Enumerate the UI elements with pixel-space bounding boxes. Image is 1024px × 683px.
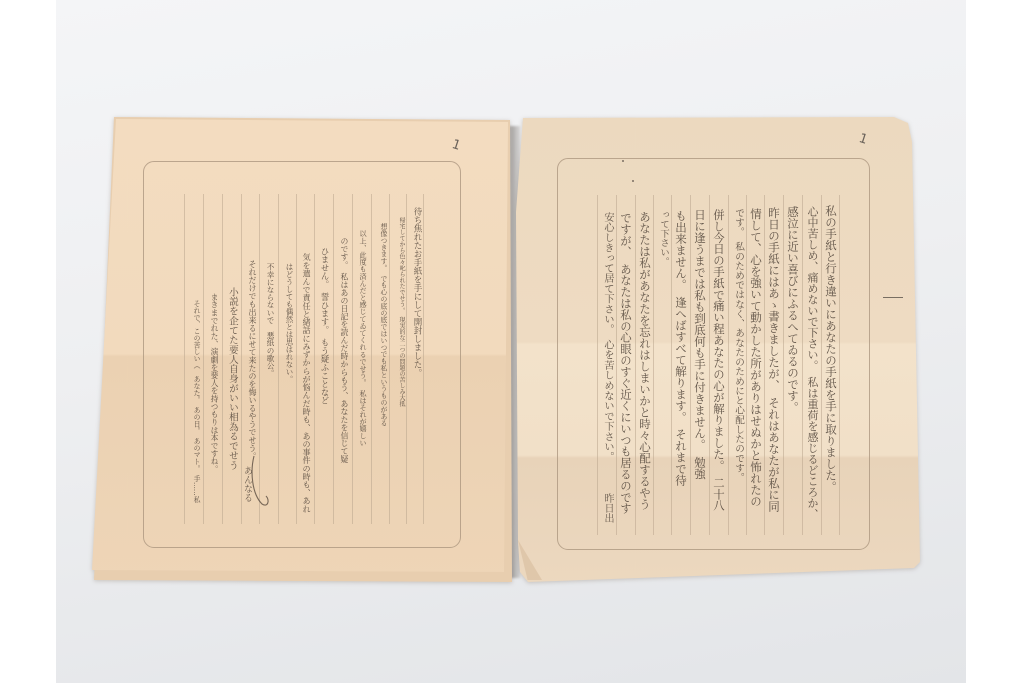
letter-line: 不幸にならないで 悪紙の歌公。 [262, 263, 274, 377]
ruled-line [222, 194, 223, 524]
letter-line: ひません。 誓ひます。 もう疑ふことなど [317, 247, 329, 413]
ruled-line [690, 195, 691, 535]
letter-line: 待ち焦れたお手紙を手にして開封しました。 [409, 207, 421, 377]
ruled-line [371, 194, 372, 524]
ruled-line [616, 195, 617, 535]
ruled-line [671, 195, 672, 535]
ruled-line [728, 195, 729, 535]
ruled-line [406, 194, 407, 524]
letter-line: 昨日の手紙にはあゝ書きましたが、 それはあなたが私に同 [767, 207, 779, 525]
letter-line: それで、この苦しい（ あなた。 あの日。 あのマト。 手……私 [187, 300, 199, 513]
ruled-line [184, 194, 185, 524]
fold-mark [883, 297, 903, 298]
ruled-line [597, 195, 598, 535]
left-letter: 1 待ち焦れたお手紙を手にして開封しました。 帰宅してから色々叱られたでせう。 … [88, 114, 514, 584]
letter-line: 感泣に近い喜びにふるへてゐるのです。 [786, 206, 798, 420]
letter-line: 私の手紙と行き違いにあなたの手紙を手に取りました。 [824, 205, 836, 495]
letter-line: 併し今日の手紙で痛い程あなたの心が解りました。 二十八 [712, 209, 724, 517]
ruled-line [352, 194, 353, 524]
right-letter: 1 私の手紙と行き違いにあなたの手紙を手に取りました。 心中苦しめ、痛めないで下… [514, 112, 926, 586]
photo-frame: 1 待ち焦れたお手紙を手にして開封しました。 帰宅してから色々叱られたでせう。 … [0, 0, 1024, 683]
folded-corner [518, 540, 542, 580]
letter-line: はどうしても偶然とは思はれない。 [281, 263, 293, 383]
ruled-line [296, 194, 297, 524]
ruled-line [389, 194, 390, 524]
letter-line: それだけでも出来るにせて来たのを悔いるやうでせう。 [244, 260, 256, 460]
letter-line: 帰宅してから色々叱られたでせう。 現実的な二つの問題の苦しみ大抵 [392, 217, 404, 410]
letter-line: ですが、 あなたは私の心眼のすぐ近くにいつも居るのです [619, 212, 631, 520]
ruled-line [764, 195, 765, 535]
letter-line: 小説を企てた要人自身がいい相為るでせう [225, 287, 237, 470]
letter-line: 安心しきって居て下さい。 心を苦しめないで下さい。 [600, 212, 612, 467]
left-letter-page: 1 待ち焦れたお手紙を手にして開封しました。 帰宅してから色々叱られたでせう。 … [88, 114, 514, 584]
signature-flourish-icon [248, 452, 272, 512]
letter-line: 気を遣んで責任と緒話にみずからが悩んだ時も、あの事件の時も、あれ [299, 253, 311, 513]
ruled-line [278, 194, 279, 524]
ruled-line [839, 195, 840, 535]
page-number-mark: 1 [450, 137, 463, 154]
ruled-line [314, 194, 315, 524]
letter-line: です。 私のためではなく、あなたのためにと心配したのです。 [731, 208, 743, 487]
letter-line: 情して、心を強いて動かした所がありはせぬかと怖れたの [749, 208, 761, 522]
letter-line: まきまでれた、演劇を要人を持つもりは本ですね。 [206, 293, 218, 473]
ruled-line [423, 194, 424, 524]
ink-spot [622, 160, 624, 162]
letter-line: あなたは私があなたを忘れはしまいかと時々心配するやう [638, 211, 650, 513]
signature: 昨日出 [600, 493, 612, 525]
letter-line: も出来ません。 逢へばすべて解ります。 それまで待 [674, 210, 686, 517]
ruled-line [821, 195, 822, 535]
ruled-line [709, 195, 710, 535]
right-letter-page: 1 私の手紙と行き違いにあなたの手紙を手に取りました。 心中苦しめ、痛めないで下… [514, 112, 926, 586]
letter-line: 以上、此度も済んだと感じてゐてくれるでせう。 私はそれが嬉しい [355, 230, 367, 450]
letter-line: 想像つきます。 でも心の底の底ではいつでも私というものがある [374, 223, 386, 430]
letter-line: 心中苦しめ、痛めないで下さい。 私は重荷を感じるどころか、 [806, 206, 818, 525]
ruled-line [802, 195, 803, 535]
letter-line: って下さい。 [656, 210, 668, 266]
ruled-line [783, 195, 784, 535]
ink-spot [632, 180, 634, 182]
ruled-line [333, 194, 334, 524]
ruled-line [203, 194, 204, 524]
letter-line: のです。 私はあの日記を読んだ時からもう、あなたを信じて疑 [336, 237, 348, 467]
ruled-line [746, 195, 747, 535]
page-number-mark: 1 [857, 131, 870, 148]
ruled-line [653, 195, 654, 535]
letter-line: 日に逢うまでは私も到底何も手に付きません。 勉強 [693, 209, 705, 522]
ruled-line [635, 195, 636, 535]
